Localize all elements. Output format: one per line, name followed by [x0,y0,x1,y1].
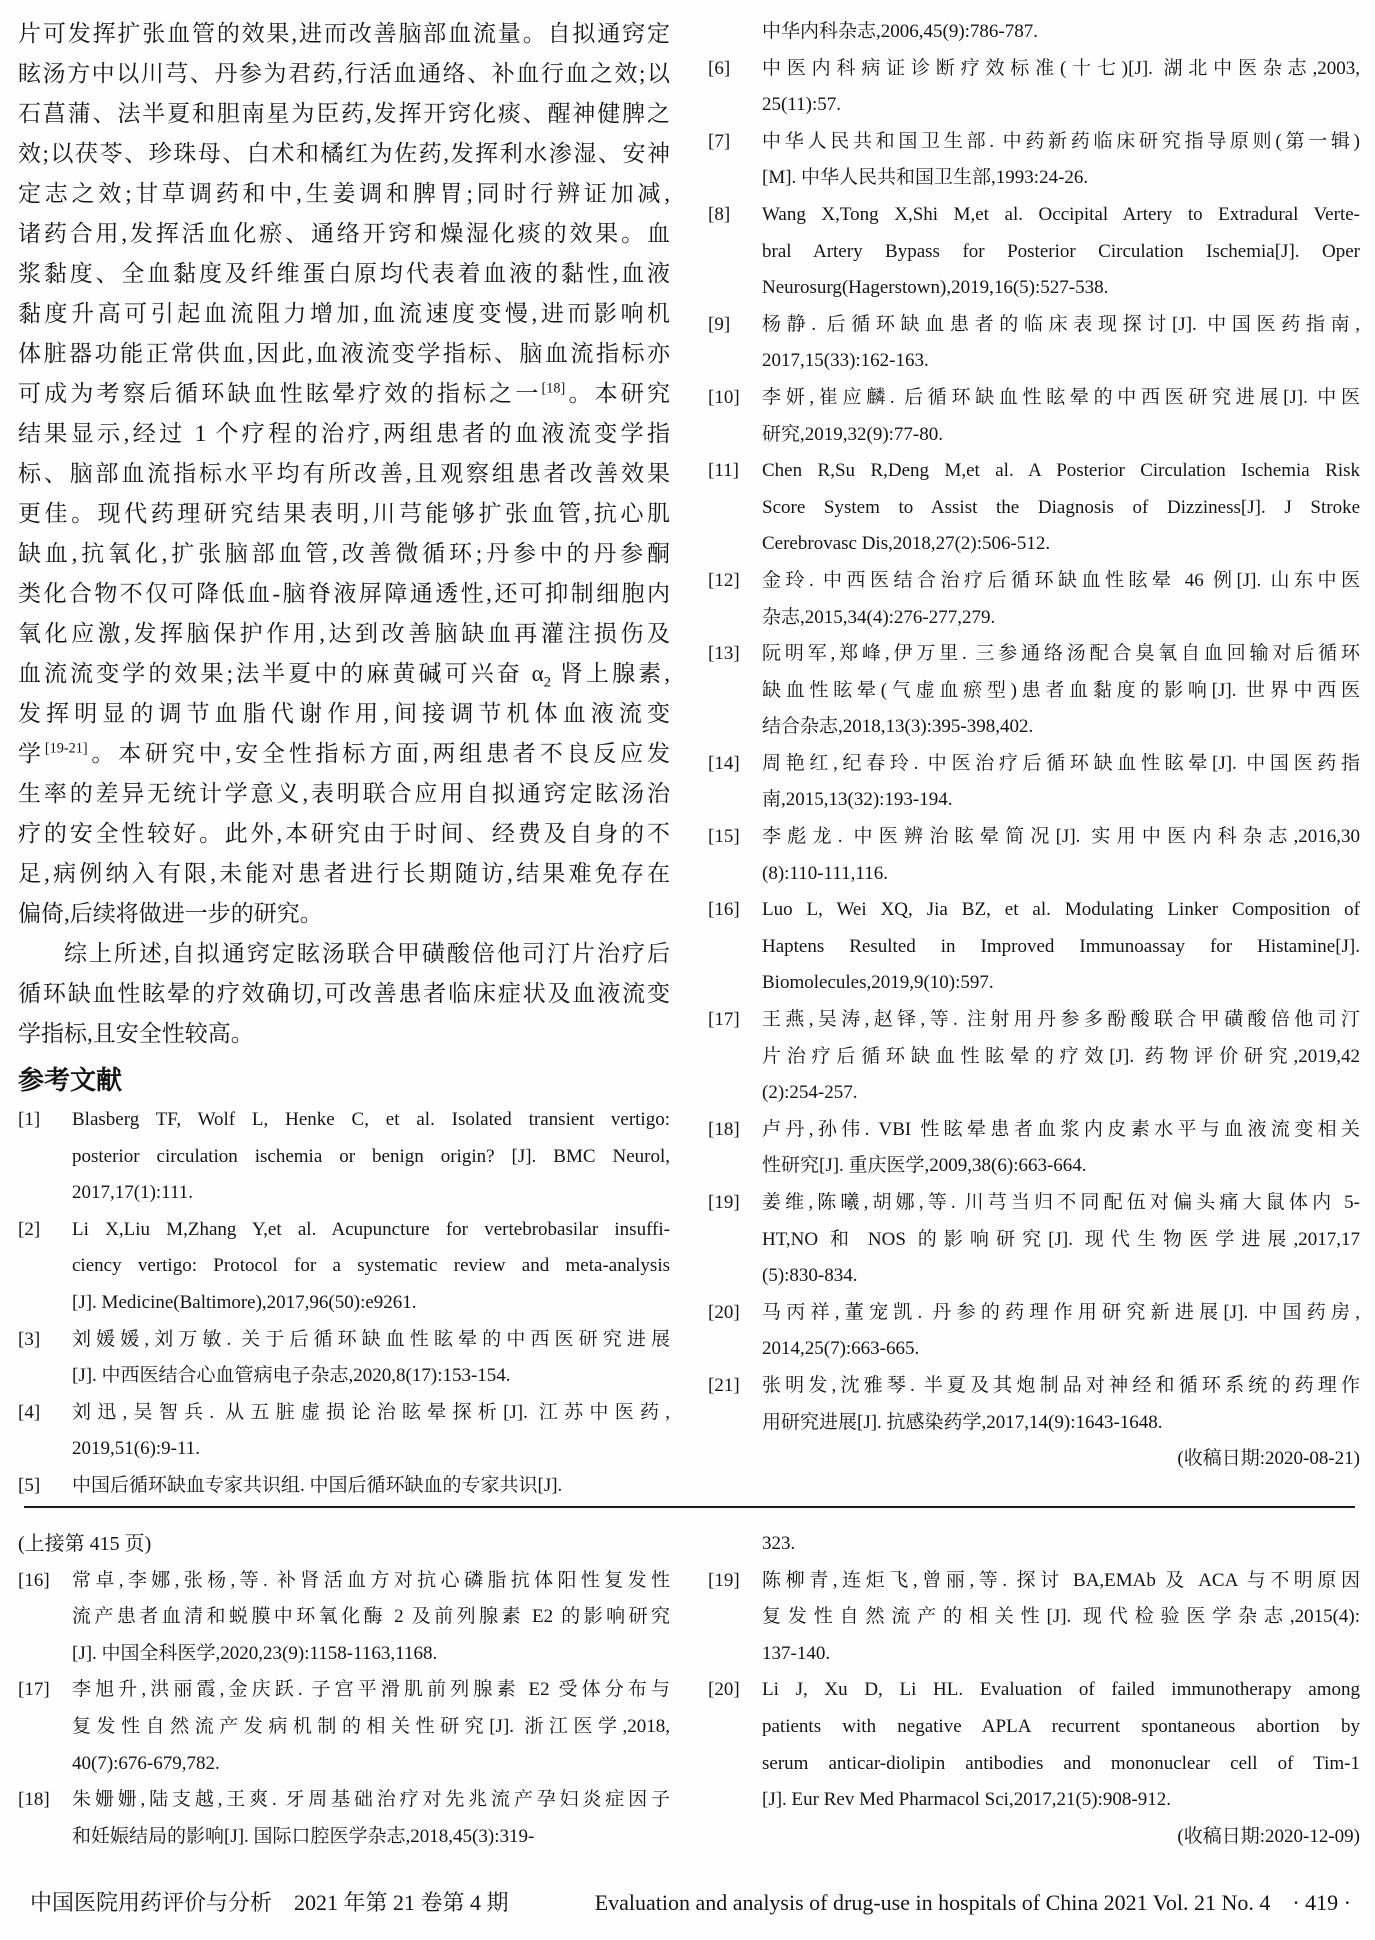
references-list-right: 中华内科杂志,2006,45(9):786-787.[6]中医内科病证诊断疗效标… [708,14,1360,1441]
reference-number: [16] [18,1563,72,1673]
text-line: 偏倚,后续将做进一步的研究。 [18,894,670,934]
text-line: Haptens Resulted in Improved Immunoassay… [762,929,1360,966]
text-line: 323. [762,1526,1360,1563]
text-line: 杨静. 后循环缺血患者的临床表现探讨[J]. 中国医药指南, [762,307,1360,344]
reference-text: 常卓,李娜,张杨,等. 补肾活血方对抗心磷脂抗体阳性复发性流产患者血清和蜕膜中环… [72,1563,670,1673]
reference-item: [19]陈柳青,连炬飞,曾丽,等. 探讨 BA,EMAb 及 ACA 与不明原因… [708,1563,1360,1673]
reference-item: [20]Li J, Xu D, Li HL. Evaluation of fai… [708,1672,1360,1818]
text-line: 浆黏度、全血黏度及纤维蛋白原均代表着血液的黏性,血液 [18,254,670,294]
reference-text: 金玲. 中西医结合治疗后循环缺血性眩晕 46 例[J]. 山东中医杂志,2015… [762,563,1360,636]
text-line: HT,NO 和 NOS 的影响研究[J]. 现代生物医学进展,2017,17 [762,1222,1360,1259]
reference-item: 323. [708,1526,1360,1563]
reference-number: [9] [708,307,762,380]
reference-item: 中华内科杂志,2006,45(9):786-787. [708,14,1360,51]
text-line: Li X,Liu M,Zhang Y,et al. Acupuncture fo… [72,1212,670,1249]
text-line: 研究,2019,32(9):77-80. [762,417,1360,454]
reference-number [708,1526,762,1563]
reference-item: [4]刘迅,吴智兵. 从五脏虚损论治眩晕探析[J]. 江苏中医药,2019,51… [18,1395,670,1468]
text-line: serum anticar-diolipin antibodies and mo… [762,1746,1360,1783]
text-line: Score System to Assist the Diagnosis of … [762,490,1360,527]
references-heading: 参考文献 [18,1058,670,1102]
text-line: 2017,17(1):111. [72,1175,670,1212]
reference-item: [17]王燕,吴涛,赵铎,等. 注射用丹参多酚酸联合甲磺酸倍他司汀片治疗后循环缺… [708,1002,1360,1112]
text-line: 体脏器功能正常供血,因此,血液流变学指标、脑血流指标亦 [18,334,670,374]
text-line: 氧化应激,发挥脑保护作用,达到改善脑缺血再灌注损伤及 [18,614,670,654]
reference-text: 卢丹,孙伟. VBI 性眩晕患者血浆内皮素水平与血液流变相关性研究[J]. 重庆… [762,1112,1360,1185]
text-line: Luo L, Wei XQ, Jia BZ, et al. Modulating… [762,892,1360,929]
reference-text: 周艳红,纪春玲. 中医治疗后循环缺血性眩晕[J]. 中国医药指南,2015,13… [762,746,1360,819]
discussion-body-text: 片可发挥扩张血管的效果,进而改善脑部血流量。自拟通窍定眩汤方中以川芎、丹参为君药… [18,14,670,1054]
text-line: (2):254-257. [762,1075,1360,1112]
text-line: 性研究[J]. 重庆医学,2009,38(6):663-664. [762,1148,1360,1185]
paragraph: 片可发挥扩张血管的效果,进而改善脑部血流量。自拟通窍定眩汤方中以川芎、丹参为君药… [18,14,670,934]
text-line: 学[19-21]。本研究中,安全性指标方面,两组患者不良反应发 [18,734,670,774]
text-line: 陈柳青,连炬飞,曾丽,等. 探讨 BA,EMAb 及 ACA 与不明原因 [762,1563,1360,1600]
reference-number: [14] [708,746,762,819]
reference-number: [5] [18,1468,72,1505]
text-line: 张明发,沈雅琴. 半夏及其炮制品对神经和循环系统的药理作 [762,1368,1360,1405]
text-line: 马丙祥,董宠凯. 丹参的药理作用研究新进展[J]. 中国药房, [762,1295,1360,1332]
section-divider-rule [24,1506,1355,1508]
reference-item: [14]周艳红,纪春玲. 中医治疗后循环缺血性眩晕[J]. 中国医药指南,201… [708,746,1360,819]
reference-number: [2] [18,1212,72,1322]
reference-item: [10]李妍,崔应麟. 后循环缺血性眩晕的中西医研究进展[J]. 中医研究,20… [708,380,1360,453]
text-line: (5):830-834. [762,1258,1360,1295]
reference-number: [19] [708,1185,762,1295]
paragraph: 综上所述,自拟通窍定眩汤联合甲磺酸倍他司汀片治疗后循环缺血性眩晕的疗效确切,可改… [18,934,670,1054]
text-line: 阮明军,郑峰,伊万里. 三参通络汤配合臭氧自血回输对后循环 [762,636,1360,673]
reference-text: 中华内科杂志,2006,45(9):786-787. [762,14,1360,51]
text-line: [J]. Medicine(Baltimore),2017,96(50):e92… [72,1285,670,1322]
journal-page: 片可发挥扩张血管的效果,进而改善脑部血流量。自拟通窍定眩汤方中以川芎、丹参为君药… [0,0,1375,1940]
reference-number: [11] [708,453,762,563]
text-line: Cerebrovasc Dis,2018,27(2):506-512. [762,526,1360,563]
reference-text: 杨静. 后循环缺血患者的临床表现探讨[J]. 中国医药指南,2017,15(33… [762,307,1360,380]
reference-text: 323. [762,1526,1360,1563]
reference-number: [12] [708,563,762,636]
continued-references-left: [16]常卓,李娜,张杨,等. 补肾活血方对抗心磷脂抗体阳性复发性流产患者血清和… [18,1563,670,1856]
citation-superscript: [18] [542,380,566,396]
text-line: 发挥明显的调节血脂代谢作用,间接调节机体血液流变 [18,694,670,734]
text-line: 眩汤方中以川芎、丹参为君药,行活血通络、补血行血之效;以 [18,54,670,94]
continued-references-right: 323.[19]陈柳青,连炬飞,曾丽,等. 探讨 BA,EMAb 及 ACA 与… [708,1526,1360,1819]
text-line: 足,病例纳入有限,未能对患者进行长期随访,结果难免存在 [18,854,670,894]
main-article-section: 片可发挥扩张血管的效果,进而改善脑部血流量。自拟通窍定眩汤方中以川芎、丹参为君药… [0,14,1375,1506]
reference-item: [16]Luo L, Wei XQ, Jia BZ, et al. Modula… [708,892,1360,1002]
reference-item: [13]阮明军,郑峰,伊万里. 三参通络汤配合臭氧自血回输对后循环缺血性眩晕(气… [708,636,1360,746]
reference-number: [10] [708,380,762,453]
reference-text: 刘迅,吴智兵. 从五脏虚损论治眩晕探析[J]. 江苏中医药,2019,51(6)… [72,1395,670,1468]
text-line: 中华内科杂志,2006,45(9):786-787. [762,14,1360,51]
reference-text: Li X,Liu M,Zhang Y,et al. Acupuncture fo… [72,1212,670,1322]
text-line: 刘媛媛,刘万敏. 关于后循环缺血性眩晕的中西医研究进展 [72,1322,670,1359]
text-line: 标、脑部血流指标水平均有所改善,且观察组患者改善效果 [18,454,670,494]
text-line: 更佳。现代药理研究结果表明,川芎能够扩张血管,抗心肌 [18,494,670,534]
reference-number: [15] [708,819,762,892]
text-line: [M]. 中华人民共和国卫生部,1993:24-26. [762,160,1360,197]
reference-number: [3] [18,1322,72,1395]
reference-text: 中医内科病证诊断疗效标准(十七)[J]. 湖北中医杂志,2003,25(11):… [762,51,1360,124]
received-date-continued: (收稿日期:2020-12-09) [708,1819,1360,1856]
reference-text: 李旭升,洪丽霞,金庆跃. 子宫平滑肌前列腺素 E2 受体分布与复发性自然流产发病… [72,1672,670,1782]
continued-right-column: 323.[19]陈柳青,连炬飞,曾丽,等. 探讨 BA,EMAb 及 ACA 与… [708,1526,1360,1855]
reference-number: [6] [708,51,762,124]
text-line: 黏度升高可引起血流阻力增加,血流速度变慢,进而影响机 [18,294,670,334]
reference-text: 马丙祥,董宠凯. 丹参的药理作用研究新进展[J]. 中国药房,2014,25(7… [762,1295,1360,1368]
text-line: [J]. 中国全科医学,2020,23(9):1158-1163,1168. [72,1636,670,1673]
reference-text: Chen R,Su R,Deng M,et al. A Posterior Ci… [762,453,1360,563]
reference-number: [1] [18,1102,72,1212]
text-line: Biomolecules,2019,9(10):597. [762,965,1360,1002]
text-line: 定志之效;甘草调药和中,生姜调和脾胃;同时行辨证加减, [18,174,670,214]
reference-number: [19] [708,1563,762,1673]
reference-number: [20] [708,1295,762,1368]
reference-text: 张明发,沈雅琴. 半夏及其炮制品对神经和循环系统的药理作用研究进展[J]. 抗感… [762,1368,1360,1441]
reference-item: [3]刘媛媛,刘万敏. 关于后循环缺血性眩晕的中西医研究进展[J]. 中西医结合… [18,1322,670,1395]
text-line: 40(7):676-679,782. [72,1746,670,1783]
text-line: 石菖蒲、法半夏和胆南星为臣药,发挥开窍化痰、醒神健脾之 [18,94,670,134]
footer-journal-title-en-page-number: Evaluation and analysis of drug-use in h… [595,1888,1351,1918]
text-line: Blasberg TF, Wolf L, Henke C, et al. Iso… [72,1102,670,1139]
reference-item: [5]中国后循环缺血专家共识组. 中国后循环缺血的专家共识[J]. [18,1468,670,1505]
text-line: 缺血,抗氧化,扩张脑部血管,改善微循环;丹参中的丹参酮 [18,534,670,574]
text-line: 流产患者血清和蜕膜中环氧化酶 2 及前列腺素 E2 的影响研究 [72,1599,670,1636]
text-line: 25(11):57. [762,87,1360,124]
text-line: 综上所述,自拟通窍定眩汤联合甲磺酸倍他司汀片治疗后 [18,934,670,974]
text-line: 杂志,2015,34(4):276-277,279. [762,600,1360,637]
reference-number: [18] [18,1782,72,1855]
text-line: 朱姗姗,陆支越,王爽. 牙周基础治疗对先兆流产孕妇炎症因子 [72,1782,670,1819]
text-line: [J]. 中西医结合心血管病电子杂志,2020,8(17):153-154. [72,1358,670,1395]
reference-item: [18]卢丹,孙伟. VBI 性眩晕患者血浆内皮素水平与血液流变相关性研究[J]… [708,1112,1360,1185]
continued-left-column: (上接第 415 页) [16]常卓,李娜,张杨,等. 补肾活血方对抗心磷脂抗体… [18,1526,670,1855]
received-date-main: (收稿日期:2020-08-21) [708,1441,1360,1478]
text-line: 诸药合用,发挥活血化瘀、通络开窍和燥湿化痰的效果。血 [18,214,670,254]
text-line: [J]. Eur Rev Med Pharmacol Sci,2017,21(5… [762,1782,1360,1819]
reference-text: Luo L, Wei XQ, Jia BZ, et al. Modulating… [762,892,1360,1002]
continued-article-section: (上接第 415 页) [16]常卓,李娜,张杨,等. 补肾活血方对抗心磷脂抗体… [0,1526,1375,1855]
text-line: 王燕,吴涛,赵铎,等. 注射用丹参多酚酸联合甲磺酸倍他司汀 [762,1002,1360,1039]
text-line: 生率的差异无统计学意义,表明联合应用自拟通窍定眩汤治 [18,774,670,814]
text-line: 李彪龙. 中医辨治眩晕简况[J]. 实用中医内科杂志,2016,30 [762,819,1360,856]
reference-text: 朱姗姗,陆支越,王爽. 牙周基础治疗对先兆流产孕妇炎症因子和妊娠结局的影响[J]… [72,1782,670,1855]
text-line: 姜维,陈曦,胡娜,等. 川芎当归不同配伍对偏头痛大鼠体内 5- [762,1185,1360,1222]
text-line: 和妊娠结局的影响[J]. 国际口腔医学杂志,2018,45(3):319- [72,1819,670,1856]
page-footer: 中国医院用药评价与分析 2021 年第 21 卷第 4 期 Evaluation… [30,1888,1351,1918]
text-line: 复发性自然流产的相关性[J]. 现代检验医学杂志,2015(4): [762,1599,1360,1636]
text-line: 疗的安全性较好。此外,本研究由于时间、经费及自身的不 [18,814,670,854]
text-line: 结果显示,经过 1 个疗程的治疗,两组患者的血液流变学指 [18,414,670,454]
reference-item: [2]Li X,Liu M,Zhang Y,et al. Acupuncture… [18,1212,670,1322]
reference-item: [1]Blasberg TF, Wolf L, Henke C, et al. … [18,1102,670,1212]
reference-number: [20] [708,1672,762,1818]
text-line: 循环缺血性眩晕的疗效确切,可改善患者临床症状及血液流变 [18,974,670,1014]
text-line: 缺血性眩晕(气虚血瘀型)患者血黏度的影响[J]. 世界中西医 [762,673,1360,710]
reference-text: Li J, Xu D, Li HL. Evaluation of failed … [762,1672,1360,1818]
text-line: 常卓,李娜,张杨,等. 补肾活血方对抗心磷脂抗体阳性复发性 [72,1563,670,1600]
text-line: 可成为考察后循环缺血性眩晕疗效的指标之一[18]。本研究 [18,374,670,414]
reference-text: 李彪龙. 中医辨治眩晕简况[J]. 实用中医内科杂志,2016,30(8):11… [762,819,1360,892]
text-line: 片可发挥扩张血管的效果,进而改善脑部血流量。自拟通窍定 [18,14,670,54]
citation-superscript: [19-21] [45,740,88,756]
reference-number: [13] [708,636,762,746]
text-line: posterior circulation ischemia or benign… [72,1139,670,1176]
text-line: 用研究进展[J]. 抗感染药学,2017,14(9):1643-1648. [762,1405,1360,1442]
reference-item: [21]张明发,沈雅琴. 半夏及其炮制品对神经和循环系统的药理作用研究进展[J]… [708,1368,1360,1441]
text-line: 中华人民共和国卫生部. 中药新药临床研究指导原则(第一辑) [762,124,1360,161]
reference-text: 中国后循环缺血专家共识组. 中国后循环缺血的专家共识[J]. [72,1468,670,1505]
reference-text: 刘媛媛,刘万敏. 关于后循环缺血性眩晕的中西医研究进展[J]. 中西医结合心血管… [72,1322,670,1395]
text-line: 卢丹,孙伟. VBI 性眩晕患者血浆内皮素水平与血液流变相关 [762,1112,1360,1149]
reference-item: [18]朱姗姗,陆支越,王爽. 牙周基础治疗对先兆流产孕妇炎症因子和妊娠结局的影… [18,1782,670,1855]
text-line: 李旭升,洪丽霞,金庆跃. 子宫平滑肌前列腺素 E2 受体分布与 [72,1672,670,1709]
reference-item: [11]Chen R,Su R,Deng M,et al. A Posterio… [708,453,1360,563]
reference-text: 姜维,陈曦,胡娜,等. 川芎当归不同配伍对偏头痛大鼠体内 5-HT,NO 和 N… [762,1185,1360,1295]
reference-text: 王燕,吴涛,赵铎,等. 注射用丹参多酚酸联合甲磺酸倍他司汀片治疗后循环缺血性眩晕… [762,1002,1360,1112]
subscript: 2 [544,675,551,691]
reference-number: [21] [708,1368,762,1441]
reference-text: Blasberg TF, Wolf L, Henke C, et al. Iso… [72,1102,670,1212]
text-line: 2019,51(6):9-11. [72,1431,670,1468]
text-line: (8):110-111,116. [762,856,1360,893]
reference-number [708,14,762,51]
continuation-note: (上接第 415 页) [18,1526,670,1563]
reference-text: 阮明军,郑峰,伊万里. 三参通络汤配合臭氧自血回输对后循环缺血性眩晕(气虚血瘀型… [762,636,1360,746]
text-line: 结合杂志,2018,13(3):395-398,402. [762,709,1360,746]
text-line: 李妍,崔应麟. 后循环缺血性眩晕的中西医研究进展[J]. 中医 [762,380,1360,417]
reference-number: [16] [708,892,762,1002]
reference-number: [17] [18,1672,72,1782]
text-line: ciency vertigo: Protocol for a systemati… [72,1248,670,1285]
text-line: 137-140. [762,1636,1360,1673]
text-line: Wang X,Tong X,Shi M,et al. Occipital Art… [762,197,1360,234]
text-line: 效;以茯苓、珍珠母、白术和橘红为佐药,发挥利水渗湿、安神 [18,134,670,174]
reference-item: [20]马丙祥,董宠凯. 丹参的药理作用研究新进展[J]. 中国药房,2014,… [708,1295,1360,1368]
reference-item: [9]杨静. 后循环缺血患者的临床表现探讨[J]. 中国医药指南,2017,15… [708,307,1360,380]
reference-text: Wang X,Tong X,Shi M,et al. Occipital Art… [762,197,1360,307]
text-line: Chen R,Su R,Deng M,et al. A Posterior Ci… [762,453,1360,490]
text-line: 南,2015,13(32):193-194. [762,782,1360,819]
text-line: 片治疗后循环缺血性眩晕的疗效[J]. 药物评价研究,2019,42 [762,1039,1360,1076]
references-list-left: [1]Blasberg TF, Wolf L, Henke C, et al. … [18,1102,670,1505]
reference-text: 中华人民共和国卫生部. 中药新药临床研究指导原则(第一辑)[M]. 中华人民共和… [762,124,1360,197]
reference-item: [7]中华人民共和国卫生部. 中药新药临床研究指导原则(第一辑)[M]. 中华人… [708,124,1360,197]
reference-text: 李妍,崔应麟. 后循环缺血性眩晕的中西医研究进展[J]. 中医研究,2019,3… [762,380,1360,453]
reference-item: [6]中医内科病证诊断疗效标准(十七)[J]. 湖北中医杂志,2003,25(1… [708,51,1360,124]
text-line: 学指标,且安全性较高。 [18,1014,670,1054]
text-line: Li J, Xu D, Li HL. Evaluation of failed … [762,1672,1360,1709]
footer-journal-title-cn: 中国医院用药评价与分析 2021 年第 21 卷第 4 期 [30,1888,509,1918]
text-line: 金玲. 中西医结合治疗后循环缺血性眩晕 46 例[J]. 山东中医 [762,563,1360,600]
reference-item: [8]Wang X,Tong X,Shi M,et al. Occipital … [708,197,1360,307]
reference-item: [12]金玲. 中西医结合治疗后循环缺血性眩晕 46 例[J]. 山东中医杂志,… [708,563,1360,636]
reference-item: [16]常卓,李娜,张杨,等. 补肾活血方对抗心磷脂抗体阳性复发性流产患者血清和… [18,1563,670,1673]
text-line: 血流流变学的效果;法半夏中的麻黄碱可兴奋 α2 肾上腺素, [18,654,670,694]
text-line: 中医内科病证诊断疗效标准(十七)[J]. 湖北中医杂志,2003, [762,51,1360,88]
reference-number: [17] [708,1002,762,1112]
text-line: 2014,25(7):663-665. [762,1331,1360,1368]
reference-item: [15]李彪龙. 中医辨治眩晕简况[J]. 实用中医内科杂志,2016,30(8… [708,819,1360,892]
reference-number: [18] [708,1112,762,1185]
text-line: 刘迅,吴智兵. 从五脏虚损论治眩晕探析[J]. 江苏中医药, [72,1395,670,1432]
reference-number: [4] [18,1395,72,1468]
text-line: Neurosurg(Hagerstown),2019,16(5):527-538… [762,270,1360,307]
text-line: 周艳红,纪春玲. 中医治疗后循环缺血性眩晕[J]. 中国医药指 [762,746,1360,783]
reference-number: [7] [708,124,762,197]
text-line: patients with negative APLA recurrent sp… [762,1709,1360,1746]
text-line: 2017,15(33):162-163. [762,343,1360,380]
text-line: bral Artery Bypass for Posterior Circula… [762,234,1360,271]
text-line: 类化合物不仅可降低血-脑脊液屏障通透性,还可抑制细胞内 [18,574,670,614]
right-column: 中华内科杂志,2006,45(9):786-787.[6]中医内科病证诊断疗效标… [708,14,1360,1506]
reference-number: [8] [708,197,762,307]
left-column: 片可发挥扩张血管的效果,进而改善脑部血流量。自拟通窍定眩汤方中以川芎、丹参为君药… [18,14,670,1506]
reference-item: [17]李旭升,洪丽霞,金庆跃. 子宫平滑肌前列腺素 E2 受体分布与复发性自然… [18,1672,670,1782]
text-line: 复发性自然流产发病机制的相关性研究[J]. 浙江医学,2018, [72,1709,670,1746]
reference-item: [19]姜维,陈曦,胡娜,等. 川芎当归不同配伍对偏头痛大鼠体内 5-HT,NO… [708,1185,1360,1295]
text-line: 中国后循环缺血专家共识组. 中国后循环缺血的专家共识[J]. [72,1468,670,1505]
reference-text: 陈柳青,连炬飞,曾丽,等. 探讨 BA,EMAb 及 ACA 与不明原因复发性自… [762,1563,1360,1673]
